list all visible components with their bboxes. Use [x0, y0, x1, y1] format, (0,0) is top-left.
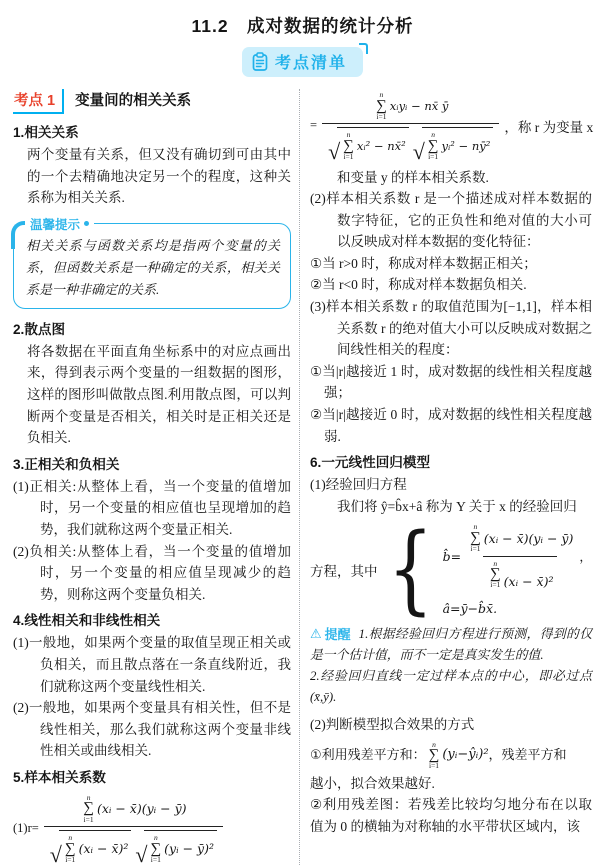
square-root: √ n∑i=1 yᵢ² − nȳ²: [413, 127, 494, 160]
section-heading-1: 1.相关关系: [13, 121, 291, 141]
sigma-notation: n∑i=1: [428, 131, 439, 160]
square-root: √ n∑i=1 (yᵢ − ȳ)²: [135, 830, 217, 863]
reminder-text-1: 1.根据经验回归方程进行预测，得到的仅是一个估计值，而不一定是真实发生的值.: [310, 627, 592, 662]
banner-label: 考点清单: [275, 50, 347, 73]
sigma-notation: n∑i=1: [470, 523, 481, 552]
right-column: = n∑i=1 xᵢyᵢ − nx̄ ȳ √ n∑i=1 xᵢ² − nx̄² …: [310, 89, 592, 865]
topic-header: 考点 1 变量间的相关关系: [13, 89, 291, 114]
formula-expression: (xᵢ − x̄)²: [79, 841, 129, 856]
regression-intro: 我们将 ŷ=b̂x+â 称为 Y 关于 x 的经验回归: [337, 496, 592, 518]
list-item: (2)一般地，如果两个变量具有相关性，但不是线性相关，那么我们就称这两个变量非线…: [13, 697, 291, 762]
sigma-notation: n∑i=1: [83, 794, 94, 823]
formula-expression: (xᵢ − x̄)(yᵢ − ȳ): [97, 801, 187, 816]
formula-lead: (1)r=: [13, 821, 39, 836]
correlation-coefficient-formula-2: = n∑i=1 xᵢyᵢ − nx̄ ȳ √ n∑i=1 xᵢ² − nx̄² …: [310, 91, 592, 161]
reminder-line-1: ⚠ 提醒 1.根据经验回归方程进行预测，得到的仅是一个估计值，而不一定是真实发生…: [310, 624, 592, 666]
circled-item: ②当 r<0 时，称成对样本数据负相关.: [310, 274, 592, 296]
page-title: 11.2 成对数据的统计分析: [0, 0, 605, 38]
circled-item: ①当|r|越接近 1 时，成对数据的线性相关程度越强；: [310, 361, 592, 404]
formula-tail-continued: 和变量 y 的样本相关系数.: [337, 167, 592, 189]
formula-expression: (yᵢ − ȳ)²: [164, 841, 214, 856]
topic-badge: 考点 1: [13, 89, 64, 114]
tip-box-text: 相关关系与函数关系均是指两个变量的关系，但函数关系是一种确定的关系，相关关系是一…: [26, 235, 280, 301]
formula-expression: yᵢ² − nȳ²: [441, 139, 490, 153]
formula-expression: (xᵢ − x̄)²: [504, 574, 554, 589]
fraction: n∑i=1 (xᵢ − x̄)(yᵢ − ȳ) n∑i=1 (xᵢ − x̄)²: [463, 523, 577, 589]
formula-expression: (xᵢ − x̄)(yᵢ − ȳ): [484, 531, 574, 546]
list-item: (3)样本相关系数 r 的取值范围为[−1,1]，样本相关系数 r 的绝对值大小…: [310, 296, 592, 361]
left-column: 考点 1 变量间的相关关系 1.相关关系 两个变量有关系，但又没有确切到可由其中…: [13, 89, 291, 865]
residual-pre: ①利用残差平方和：: [310, 747, 426, 764]
formula-tail: ，称 r 为变量 x: [504, 116, 593, 136]
dot-icon: [84, 221, 89, 226]
residual-post-continued: 越小，拟合效果越好.: [310, 773, 592, 795]
residual-expression: (yᵢ−ŷᵢ)²: [442, 747, 488, 764]
warning-icon: ⚠: [310, 624, 322, 645]
comma: ，: [579, 547, 592, 565]
subsection-heading: (2)判断模型拟合效果的方式: [310, 714, 592, 736]
regression-system: 方程，其中 { b̂= n∑i=1 (xᵢ − x̄)(yᵢ − ȳ) n∑i=…: [310, 523, 592, 616]
subsection-heading: (1)经验回归方程: [310, 474, 592, 496]
circled-item: ①当 r>0 时，称成对样本数据正相关；: [310, 253, 592, 275]
sigma-notation: n∑i=1: [376, 91, 387, 120]
list-item: (1)正相关:从整体上看，当一个变量的值增加时，另一个变量的相应值也呈现增加的趋…: [13, 476, 291, 541]
formula-expression: xᵢ² − nx̄²: [357, 139, 406, 153]
circled-item: ②当|r|越接近 0 时，成对数据的线性相关程度越弱.: [310, 404, 592, 447]
section-heading-6: 6.一元线性回归模型: [310, 451, 592, 471]
textbook-page: 11.2 成对数据的统计分析 考点清单 考点 1 变量间的相关关系 1.相关关系…: [0, 0, 605, 865]
section-body-2: 将各数据在平面直角坐标系中的对应点画出来，得到表示两个变量的一组数据的图形，这样…: [13, 341, 291, 449]
reminder-label: ⚠ 提醒: [310, 624, 351, 645]
section-heading-5: 5.样本相关系数: [13, 766, 291, 786]
section-banner: 考点清单: [242, 47, 363, 77]
fraction: n∑i=1 (xᵢ − x̄)(yᵢ − ȳ) √ n∑i=1 (xᵢ − x̄…: [44, 794, 223, 864]
circled-item: ②利用残差图：若残差比较均匀地分布在以取值为 0 的横轴为对称轴的水平带状区域内…: [310, 794, 592, 837]
topic-title: 变量间的相关关系: [75, 89, 191, 110]
b-hat-lhs: b̂=: [443, 549, 461, 564]
sigma-notation: n∑i=1: [343, 131, 354, 160]
brace-symbol: {: [387, 529, 433, 611]
sigma-notation: n∑i=1: [150, 834, 161, 863]
two-column-layout: 考点 1 变量间的相关关系 1.相关关系 两个变量有关系，但又没有确切到可由其中…: [0, 89, 605, 865]
residual-post: ，残差平方和: [489, 747, 567, 764]
column-divider: [299, 89, 300, 865]
section-body-1: 两个变量有关系，但又没有确切到可由其中的一个去精确地决定另一个的程度，这种关系称…: [13, 144, 291, 209]
section-heading-3: 3.正相关和负相关: [13, 453, 291, 473]
sigma-notation: n∑i=1: [429, 741, 440, 770]
sigma-notation: n∑i=1: [65, 834, 76, 863]
section-heading-4: 4.线性相关和非线性相关: [13, 609, 291, 629]
square-root: √ n∑i=1 xᵢ² − nx̄²: [328, 127, 409, 160]
correlation-coefficient-formula: (1)r= n∑i=1 (xᵢ − x̄)(yᵢ − ȳ) √ n∑i=1 (x…: [13, 794, 291, 864]
list-item: (2)负相关:从整体上看，当一个变量的值增加时，另一个变量的相应值呈现减少的趋势…: [13, 541, 291, 606]
banner-corner-mark: [359, 43, 368, 54]
reminder-label-text: 提醒: [325, 624, 351, 645]
tip-box: 温馨提示 相关关系与函数关系均是指两个变量的关系，但函数关系是一种确定的关系，相…: [13, 223, 291, 309]
tip-box-label: 温馨提示: [25, 215, 94, 233]
clipboard-icon: [252, 52, 268, 71]
section-heading-2: 2.散点图: [13, 318, 291, 338]
formula-lead: =: [310, 118, 317, 133]
system-prefix: 方程，其中: [310, 560, 378, 580]
list-item: (2)样本相关系数 r 是一个描述成对样本数据的数字特征，它的正负性和绝对值的大…: [310, 188, 592, 253]
reminder-note: ⚠ 提醒 1.根据经验回归方程进行预测，得到的仅是一个估计值，而不一定是真实发生…: [310, 624, 592, 708]
banner-wrap: 考点清单: [0, 47, 605, 77]
list-item: (1)一般地，如果两个变量的取值呈现正相关或负相关，而且散点落在一条直线附近，我…: [13, 632, 291, 697]
residual-sum-line: ①利用残差平方和： n∑i=1 (yᵢ−ŷᵢ)² ，残差平方和: [310, 741, 592, 770]
reminder-line-2: 2.经验回归直线一定过样本点的中心，即必过点(x̄,ȳ).: [310, 666, 592, 708]
a-hat-formula: â=ȳ−b̂x̄.: [443, 601, 592, 616]
tip-label-text: 温馨提示: [30, 215, 80, 233]
formula-expression: xᵢyᵢ − nx̄ ȳ: [390, 99, 449, 113]
square-root: √ n∑i=1 (xᵢ − x̄)²: [50, 830, 132, 863]
sigma-notation: n∑i=1: [490, 560, 501, 589]
fraction: n∑i=1 xᵢyᵢ − nx̄ ȳ √ n∑i=1 xᵢ² − nx̄² √ …: [322, 91, 499, 161]
